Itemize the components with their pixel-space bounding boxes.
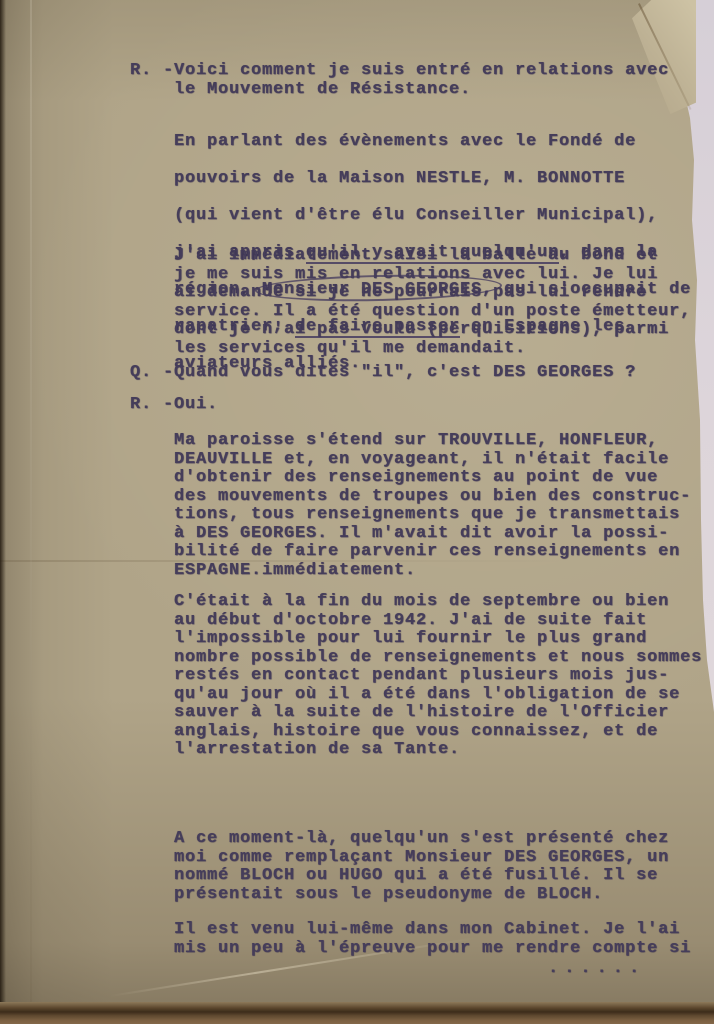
question-text: Quand vous dites "il", c'est DES GEORGES…: [174, 364, 636, 383]
speaker-prefix: R. -: [130, 62, 174, 99]
paragraph-bloch: A ce moment-là, quelqu'un s'est présenté…: [174, 830, 704, 904]
answer-text: Oui.: [174, 396, 218, 415]
answer-block-1: R. - Voici comment je suis entré en rela…: [130, 62, 670, 99]
paragraph-line: pouvoirs de la Maison NESTLE, M. BONNOTT…: [174, 170, 694, 189]
question-block: Q. - Quand vous dites "il", c'est DES GE…: [130, 364, 690, 383]
left-page-edge-shadow: [0, 0, 6, 1024]
speaker-prefix: Q. -: [130, 364, 174, 383]
underlying-sheet-edge: [0, 1002, 714, 1024]
paragraph-paroisse: Ma paroisse s'étend sur TROUVILLE, HONFL…: [174, 432, 704, 580]
paragraph-line: En parlant des évènements avec le Fondé …: [174, 133, 694, 152]
paragraph-balle-au-bond: J'ai immédiatement saisi la balle au bon…: [174, 247, 694, 358]
answer-block-2: R. - Oui.: [130, 396, 430, 415]
vertical-fold-crease: [30, 0, 32, 1024]
paragraph-line: (qui vient d'être élu Conseiller Municip…: [174, 207, 694, 226]
paragraph-cabinet: Il est venu lui-même dans mon Cabinet. J…: [174, 921, 704, 958]
document-photo: R. - Voici comment je suis entré en rela…: [0, 0, 714, 1024]
answer-text: Voici comment je suis entré en relations…: [174, 62, 669, 99]
paragraph-octobre-1942: C'était à la fin du mois de septembre ou…: [174, 593, 704, 760]
continuation-dots: ......: [548, 960, 645, 979]
speaker-prefix: R. -: [130, 396, 174, 415]
